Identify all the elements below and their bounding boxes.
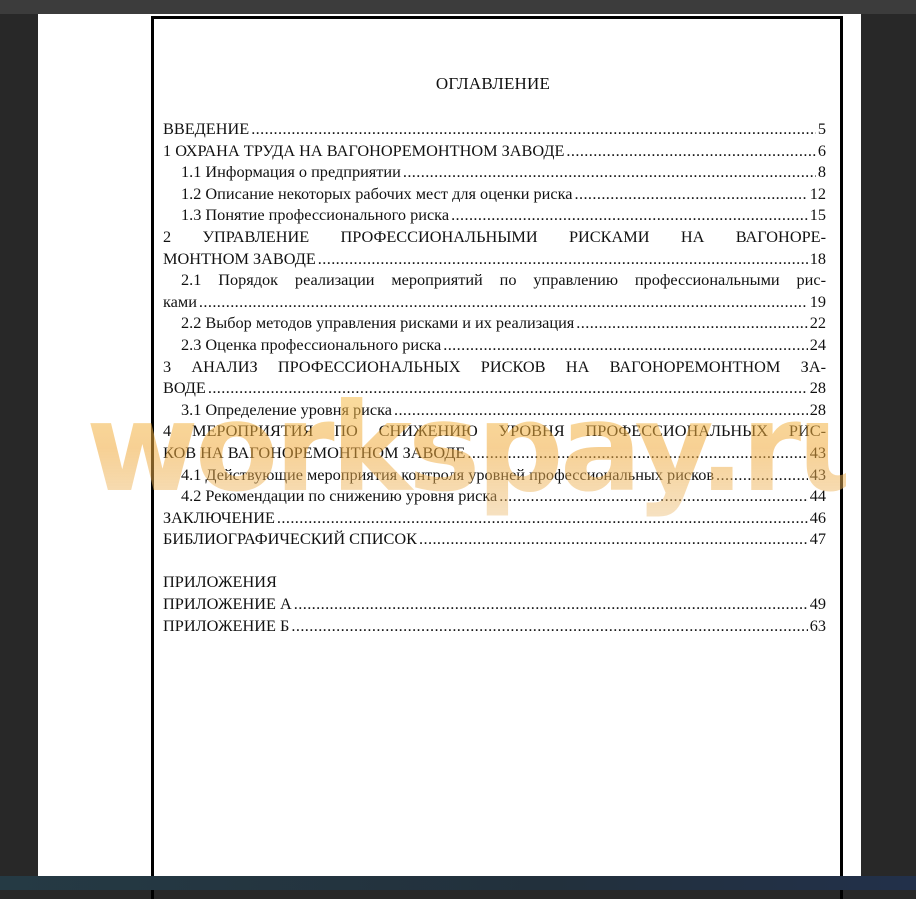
- toc-entry[interactable]: 1.3 Понятие профессионального риска 15: [163, 204, 826, 226]
- toc-entry[interactable]: ВВЕДЕНИЕ 5: [163, 118, 826, 140]
- viewer-toolbar: [0, 0, 916, 14]
- toc-entry[interactable]: ВОДЕ 28: [163, 377, 826, 399]
- toc-entry-title: ками: [163, 291, 197, 313]
- toc-entry[interactable]: ЗАКЛЮЧЕНИЕ 46: [163, 507, 826, 529]
- toc-entry-title: ПРИЛОЖЕНИЕ Б: [163, 615, 289, 637]
- dot-leader: [451, 204, 808, 226]
- toc-entry-page: 5: [818, 118, 826, 140]
- toc-entry-page: 15: [810, 204, 826, 226]
- dot-leader: [403, 161, 816, 183]
- toc-entry-title: 2 УПРАВЛЕНИЕ ПРОФЕССИОНАЛЬНЫМИ РИСКАМИ Н…: [163, 226, 826, 248]
- dot-leader: [499, 485, 808, 507]
- toc-entry-appendix[interactable]: ПРИЛОЖЕНИЕ А 49: [163, 593, 826, 615]
- toc-entry-title: 2.3 Оценка профессионального риска: [181, 334, 441, 356]
- toc-entry-page: 28: [810, 399, 826, 421]
- toc-entry-page: 43: [810, 442, 826, 464]
- toc-entry[interactable]: МОНТНОМ ЗАВОДЕ 18: [163, 248, 826, 270]
- toc-entry-title: 3 АНАЛИЗ ПРОФЕССИОНАЛЬНЫХ РИСКОВ НА ВАГО…: [163, 356, 826, 378]
- toc-entry-line1[interactable]: 3 АНАЛИЗ ПРОФЕССИОНАЛЬНЫХ РИСКОВ НА ВАГО…: [163, 356, 826, 378]
- appendix-heading-text: ПРИЛОЖЕНИЯ: [163, 571, 277, 593]
- toc-entry-title: БИБЛИОГРАФИЧЕСКИЙ СПИСОК: [163, 528, 417, 550]
- appendix-heading: ПРИЛОЖЕНИЯ: [163, 571, 826, 593]
- table-of-contents: ВВЕДЕНИЕ 5 1 ОХРАНА ТРУДА НА ВАГОНОРЕМОН…: [163, 118, 826, 636]
- toc-entry-title: 4 МЕРОПРИЯТИЯ ПО СНИЖЕНИЮ УРОВНЯ ПРОФЕСС…: [163, 420, 826, 442]
- toc-entry-title: 4.2 Рекомендации по снижению уровня риск…: [181, 485, 497, 507]
- toc-entry-page: 44: [810, 485, 826, 507]
- toc-entry[interactable]: 1.2 Описание некоторых рабочих мест для …: [163, 183, 826, 205]
- toc-entry-page: 63: [810, 615, 826, 637]
- toc-entry-title: 1 ОХРАНА ТРУДА НА ВАГОНОРЕМОНТНОМ ЗАВОДЕ: [163, 140, 564, 162]
- dot-leader: [443, 334, 808, 356]
- dot-leader: [291, 615, 807, 637]
- toc-entry[interactable]: БИБЛИОГРАФИЧЕСКИЙ СПИСОК 47: [163, 528, 826, 550]
- toc-entry-page: 28: [810, 377, 826, 399]
- dot-leader: [277, 507, 808, 529]
- toc-entry-title: 1.1 Информация о предприятии: [181, 161, 401, 183]
- dot-leader: [394, 399, 808, 421]
- toc-entry[interactable]: 2.3 Оценка профессионального риска 24: [163, 334, 826, 356]
- dot-leader: [318, 248, 808, 270]
- toc-entry-title: ВОДЕ: [163, 377, 206, 399]
- dot-leader: [251, 118, 816, 140]
- toc-entry[interactable]: 4.2 Рекомендации по снижению уровня риск…: [163, 485, 826, 507]
- toc-entry-page: 18: [810, 248, 826, 270]
- toc-entry-title: КОВ НА ВАГОНОРЕМОНТНОМ ЗАВОДЕ: [163, 442, 465, 464]
- toc-entry[interactable]: 4.1 Действующие мероприятия контроля уро…: [163, 464, 826, 486]
- dot-leader: [199, 291, 808, 313]
- toc-entry[interactable]: 1.1 Информация о предприятии 8: [163, 161, 826, 183]
- toc-entry[interactable]: ками 19: [163, 291, 826, 313]
- toc-entry-title: 2.2 Выбор методов управления рисками и и…: [181, 312, 574, 334]
- toc-entry-page: 46: [810, 507, 826, 529]
- toc-entry-page: 19: [810, 291, 826, 313]
- taskbar: [0, 876, 916, 890]
- dot-leader: [575, 183, 808, 205]
- dot-leader: [716, 464, 808, 486]
- toc-entry-appendix[interactable]: ПРИЛОЖЕНИЕ Б 63: [163, 615, 826, 637]
- toc-entry-page: 8: [818, 161, 826, 183]
- toc-heading: ОГЛАВЛЕНИЕ: [153, 74, 833, 94]
- toc-entry-page: 24: [810, 334, 826, 356]
- toc-entry-page: 49: [810, 593, 826, 615]
- toc-entry-page: 12: [810, 183, 826, 205]
- toc-entry-page: 47: [810, 528, 826, 550]
- toc-entry-line1[interactable]: 2.1 Порядок реализации мероприятий по уп…: [163, 269, 826, 291]
- dot-leader: [467, 442, 807, 464]
- toc-entry-title: 4.1 Действующие мероприятия контроля уро…: [181, 464, 714, 486]
- toc-entry[interactable]: КОВ НА ВАГОНОРЕМОНТНОМ ЗАВОДЕ 43: [163, 442, 826, 464]
- toc-entry-title: МОНТНОМ ЗАВОДЕ: [163, 248, 316, 270]
- toc-entry-line1[interactable]: 4 МЕРОПРИЯТИЯ ПО СНИЖЕНИЮ УРОВНЯ ПРОФЕСС…: [163, 420, 826, 442]
- toc-entry-title: 2.1 Порядок реализации мероприятий по уп…: [181, 269, 826, 291]
- toc-entry-title: ПРИЛОЖЕНИЕ А: [163, 593, 292, 615]
- toc-entry-page: 22: [810, 312, 826, 334]
- toc-entry-title: 1.2 Описание некоторых рабочих мест для …: [181, 183, 573, 205]
- dot-leader: [566, 140, 815, 162]
- toc-entry[interactable]: 1 ОХРАНА ТРУДА НА ВАГОНОРЕМОНТНОМ ЗАВОДЕ…: [163, 140, 826, 162]
- dot-leader: [294, 593, 808, 615]
- dot-leader: [208, 377, 808, 399]
- toc-entry-title: ВВЕДЕНИЕ: [163, 118, 249, 140]
- dot-leader: [419, 528, 808, 550]
- spacer: [163, 550, 826, 572]
- toc-entry[interactable]: 3.1 Определение уровня риска 28: [163, 399, 826, 421]
- toc-entry-line1[interactable]: 2 УПРАВЛЕНИЕ ПРОФЕССИОНАЛЬНЫМИ РИСКАМИ Н…: [163, 226, 826, 248]
- dot-leader: [576, 312, 807, 334]
- toc-entry[interactable]: 2.2 Выбор методов управления рисками и и…: [163, 312, 826, 334]
- toc-entry-page: 43: [810, 464, 826, 486]
- toc-entry-page: 6: [818, 140, 826, 162]
- toc-entry-title: ЗАКЛЮЧЕНИЕ: [163, 507, 275, 529]
- toc-entry-title: 1.3 Понятие профессионального риска: [181, 204, 449, 226]
- toc-entry-title: 3.1 Определение уровня риска: [181, 399, 392, 421]
